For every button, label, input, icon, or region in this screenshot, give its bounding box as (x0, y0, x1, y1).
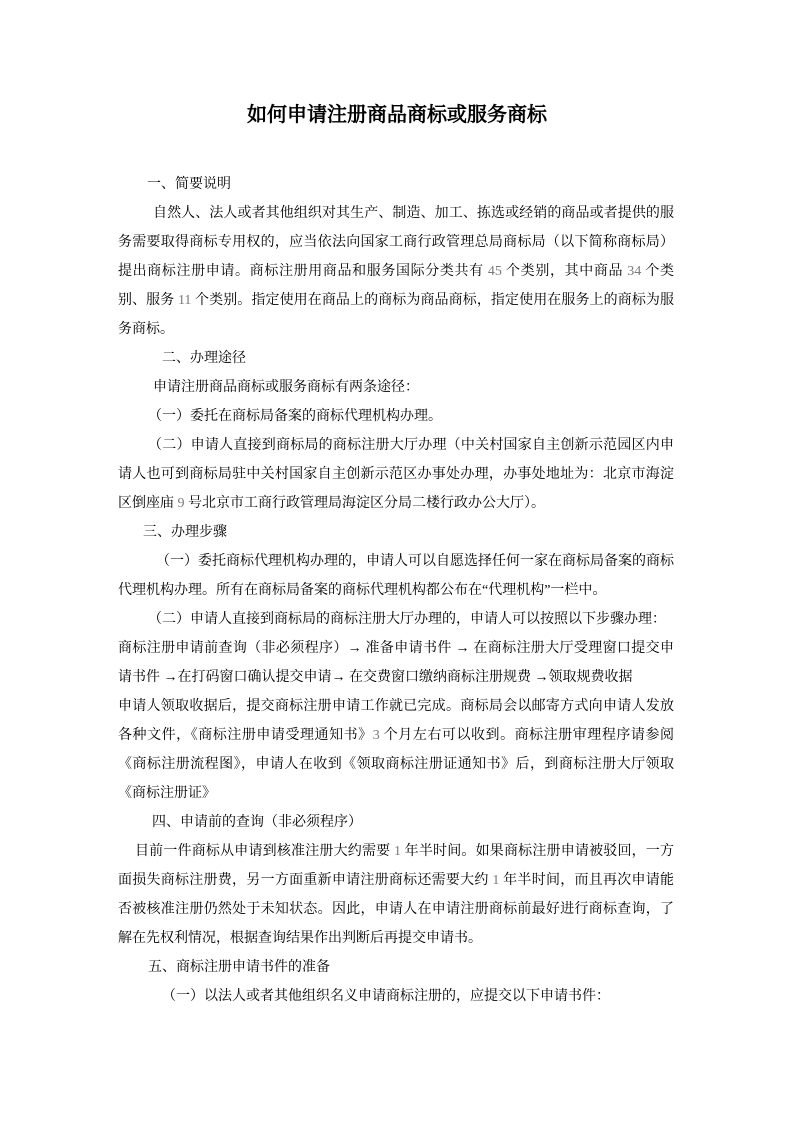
doc-line: 务需要取得商标专用权的，应当依法向国家工商行政管理总局商标局（以下简称商标局） (118, 228, 674, 257)
heading-section-4: 四、申请前的查询（非必须程序） (118, 808, 674, 837)
doc-line: 别、服务 11 个类别。指定使用在商品上的商标为商品商标，指定使用在服务上的商标… (118, 286, 674, 315)
doc-line: 面损失商标注册费，另一方面重新申请注册商标还需要大约 1 年半时间，而且再次申请… (118, 866, 674, 895)
heading-section-1: 一、简要说明 (118, 170, 674, 199)
doc-line: 申请人领取收据后，提交商标注册申请工作就已完成。商标局会以邮寄方式向申请人发放 (118, 692, 674, 721)
heading-section-2: 二、办理途径 (118, 344, 674, 373)
doc-line: （二）申请人直接到商标局的商标注册大厅办理（中关村国家自主创新示范园区内申 (118, 431, 674, 460)
doc-line: （一）委托在商标局备案的商标代理机构办理。 (118, 402, 674, 431)
heading-section-5: 五、商标注册申请书件的准备 (118, 953, 674, 982)
doc-line: 代理机构办理。所有在商标局备案的商标代理机构都公布在“代理机构”一栏中。 (118, 576, 674, 605)
doc-line: 请人也可到商标局驻中关村国家自主创新示范区办事处办理，办事处地址为：北京市海淀 (118, 460, 674, 489)
heading-section-3: 三、办理步骤 (118, 518, 674, 547)
doc-line: 《商标注册证》 (118, 779, 674, 808)
document-body: 一、简要说明 自然人、法人或者其他组织对其生产、制造、加工、拣选或经销的商品或者… (118, 170, 674, 1011)
doc-line: 各种文件，《商标注册申请受理通知书》3 个月左右可以收到。商标注册审理程序请参阅 (118, 721, 674, 750)
doc-line: 否被核准注册仍然处于未知状态。因此，申请人在申请注册商标前最好进行商标查询，了 (118, 895, 674, 924)
doc-line: （一）委托商标代理机构办理的，申请人可以自愿选择任何一家在商标局备案的商标 (118, 547, 674, 576)
doc-line: 商标注册申请前查询（非必须程序）→ 准备申请书件 → 在商标注册大厅受理窗口提交… (118, 634, 674, 663)
doc-line: 《商标注册流程图》，申请人在收到《领取商标注册证通知书》后，到商标注册大厅领取 (118, 750, 674, 779)
doc-line: 解在先权利情况，根据查询结果作出判断后再提交申请书。 (118, 924, 674, 953)
document-page: 如何申请注册商品商标或服务商标 一、简要说明 自然人、法人或者其他组织对其生产、… (0, 0, 794, 1123)
doc-line: （二）申请人直接到商标局的商标注册大厅办理的，申请人可以按照以下步骤办理： (118, 605, 674, 634)
doc-line: 请书件 →在打码窗口确认提交申请→ 在交费窗口缴纳商标注册规费 →领取规费收据 (118, 663, 674, 692)
doc-line: （一）以法人或者其他组织名义申请商标注册的，应提交以下申请书件： (118, 982, 674, 1011)
doc-line: 目前一件商标从申请到核准注册大约需要 1 年半时间。如果商标注册申请被驳回，一方 (118, 837, 674, 866)
doc-line: 提出商标注册申请。商标注册用商品和服务国际分类共有 45 个类别，其中商品 34… (118, 257, 674, 286)
document-title: 如何申请注册商品商标或服务商标 (0, 101, 794, 127)
doc-line: 务商标。 (118, 315, 674, 344)
doc-line: 申请注册商品商标或服务商标有两条途径： (118, 373, 674, 402)
doc-line: 区倒座庙 9 号北京市工商行政管理局海淀区分局二楼行政办公大厅）。 (118, 489, 674, 518)
doc-line: 自然人、法人或者其他组织对其生产、制造、加工、拣选或经销的商品或者提供的服 (118, 199, 674, 228)
